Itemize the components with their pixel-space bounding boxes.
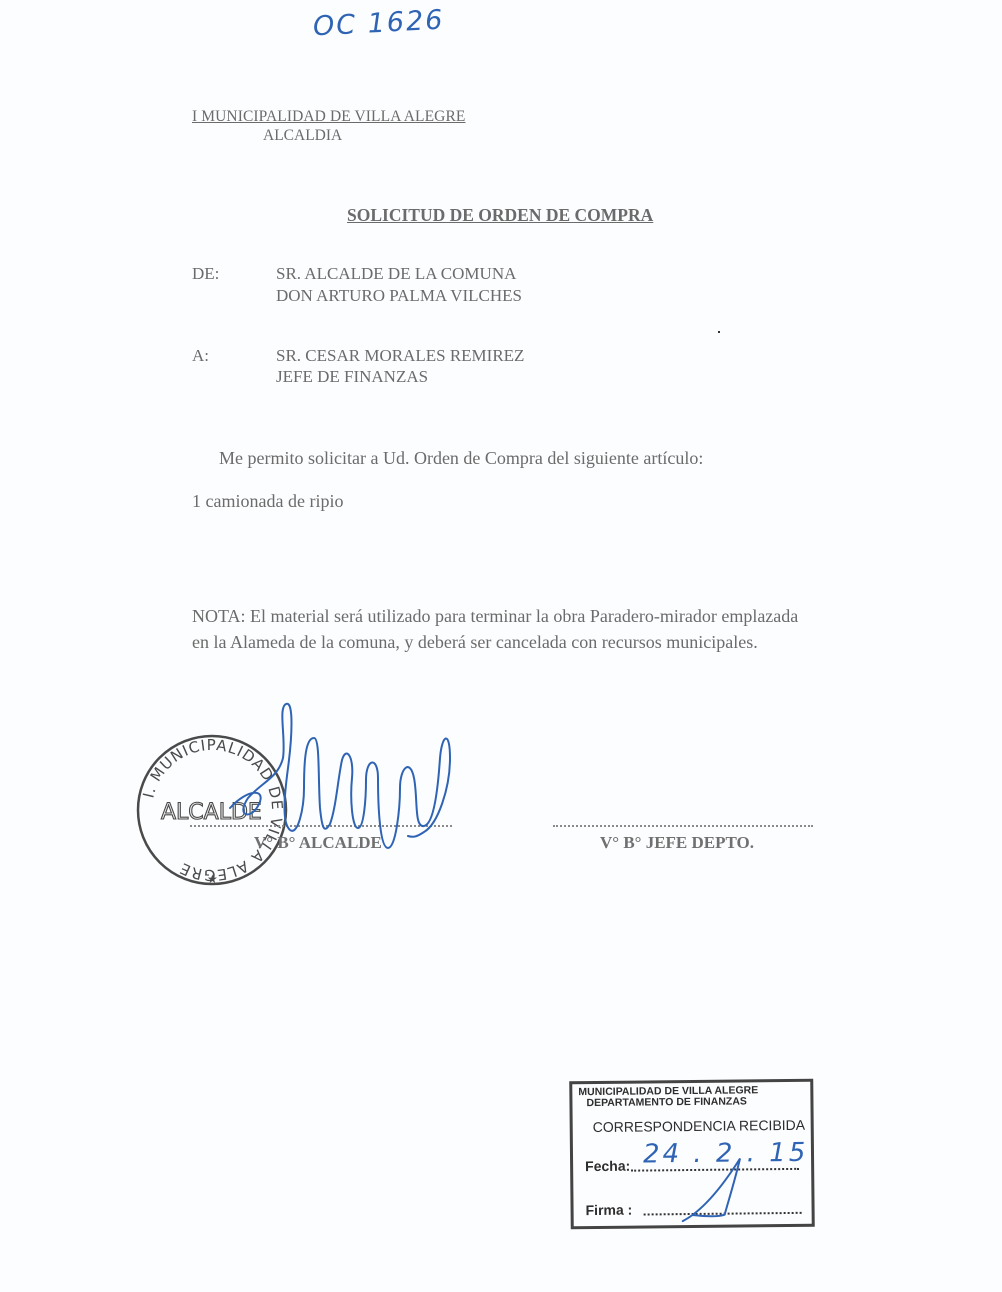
from-line-1: SR. ALCALDE DE LA COMUNA [276, 264, 516, 284]
to-label: A: [192, 346, 209, 366]
letterhead-department: ALCALDIA [263, 127, 342, 145]
requested-item: 1 camionada de ripio [192, 491, 343, 512]
department-head-signature-line [553, 825, 813, 827]
note-line-1: NOTA: El material será utilizado para te… [192, 606, 798, 627]
received-correspondence-stamp: MUNICIPALIDAD DE VILLA ALEGRE DEPARTAMEN… [569, 1079, 815, 1230]
from-label: DE: [192, 264, 219, 284]
request-intro: Me permito solicitar a Ud. Orden de Comp… [219, 448, 703, 469]
to-line-1: SR. CESAR MORALES REMIREZ [276, 346, 524, 366]
letterhead-organization: I MUNICIPALIDAD DE VILLA ALEGRE [192, 108, 465, 126]
stamp-date-label: Fecha: [585, 1158, 630, 1174]
stamp-signature-label: Firma : [585, 1202, 632, 1218]
from-line-2: DON ARTURO PALMA VILCHES [276, 286, 522, 306]
note-line-2: en la Alameda de la comuna, y deberá ser… [192, 632, 758, 653]
department-head-approval-label: V° B° JEFE DEPTO. [600, 833, 754, 853]
seal-star-icon: ★ [207, 872, 218, 886]
handwritten-reference-number: OC 1626 [312, 5, 445, 43]
mayor-handwritten-signature [228, 698, 468, 868]
document-title: SOLICITUD DE ORDEN DE COMPRA [347, 205, 653, 226]
scan-speck [718, 331, 720, 333]
stamp-title: CORRESPONDENCIA RECIBIDA [593, 1117, 806, 1135]
to-line-2: JEFE DE FINANZAS [276, 367, 428, 387]
stamp-department: DEPARTAMENTO DE FINANZAS [586, 1095, 747, 1109]
stamp-handwritten-initial [678, 1152, 759, 1223]
